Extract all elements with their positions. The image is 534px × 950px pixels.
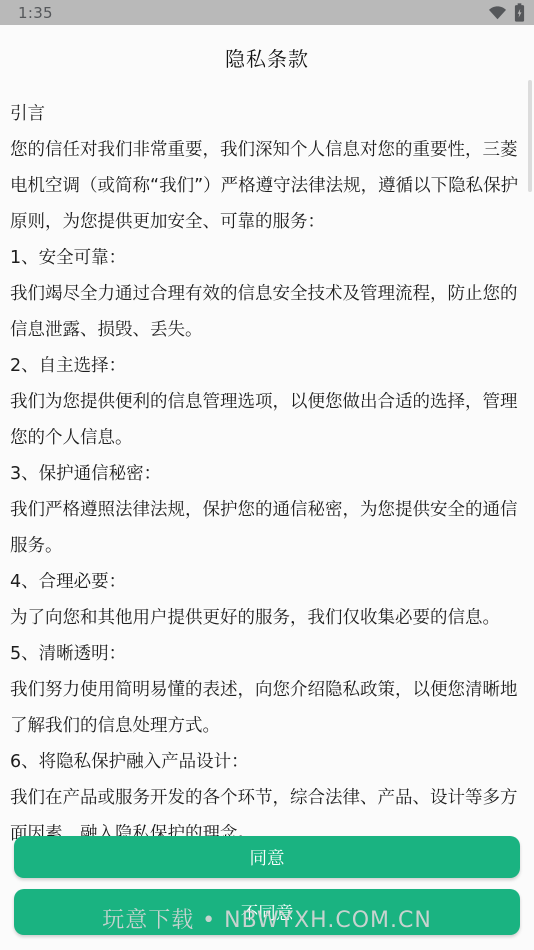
agree-button[interactable]: 同意 (14, 836, 520, 878)
status-bar: 1:35 (0, 0, 534, 25)
text-line: 5、清晰透明： (10, 636, 524, 672)
text-line: 1、安全可靠： (10, 240, 524, 276)
text-line: 了解我们的信息处理方式。 (10, 708, 524, 744)
text-line: 3、保护通信秘密： (10, 456, 524, 492)
disagree-button[interactable]: 不同意 (14, 889, 520, 935)
text-line: 2、自主选择： (10, 348, 524, 384)
text-line: 我们为您提供便利的信息管理选项，以便您做出合适的选择，管理 (10, 384, 524, 420)
text-line: 我们严格遵照法律法规，保护您的通信秘密，为您提供安全的通信 (10, 492, 524, 528)
text-line: 您的个人信息。 (10, 420, 524, 456)
text-line: 信息泄露、损毁、丢失。 (10, 312, 524, 348)
text-line: 您的信任对我们非常重要，我们深知个人信息对您的重要性，三菱 (10, 132, 524, 168)
text-line: 我们竭尽全力通过合理有效的信息安全技术及管理流程，防止您的 (10, 276, 524, 312)
text-line: 服务。 (10, 528, 524, 564)
privacy-policy-text: 引言您的信任对我们非常重要，我们深知个人信息对您的重要性，三菱电机空调（或简称“… (0, 96, 534, 852)
status-time: 1:35 (18, 4, 53, 22)
battery-charging-icon (514, 3, 525, 22)
privacy-terms-screen: 1:35 隐私条款 引言您的信任对我们非常重要，我们深知个人信息对您的重要性，三… (0, 0, 534, 950)
text-line: 6、将隐私保护融入产品设计： (10, 744, 524, 780)
text-line: 电机空调（或简称“我们”）严格遵守法律法规，遵循以下隐私保护 (10, 168, 524, 204)
text-line: 4、合理必要： (10, 564, 524, 600)
page-title: 隐私条款 (0, 43, 534, 71)
text-line: 引言 (10, 96, 524, 132)
scrollbar-thumb[interactable] (528, 80, 532, 192)
wifi-icon (488, 5, 507, 20)
text-line: 我们努力使用简明易懂的表述，向您介绍隐私政策，以便您清晰地 (10, 672, 524, 708)
text-line: 为了向您和其他用户提供更好的服务，我们仅收集必要的信息。 (10, 600, 524, 636)
text-line: 我们在产品或服务开发的各个环节，综合法律、产品、设计等多方 (10, 780, 524, 816)
text-line: 原则，为您提供更加安全、可靠的服务： (10, 204, 524, 240)
